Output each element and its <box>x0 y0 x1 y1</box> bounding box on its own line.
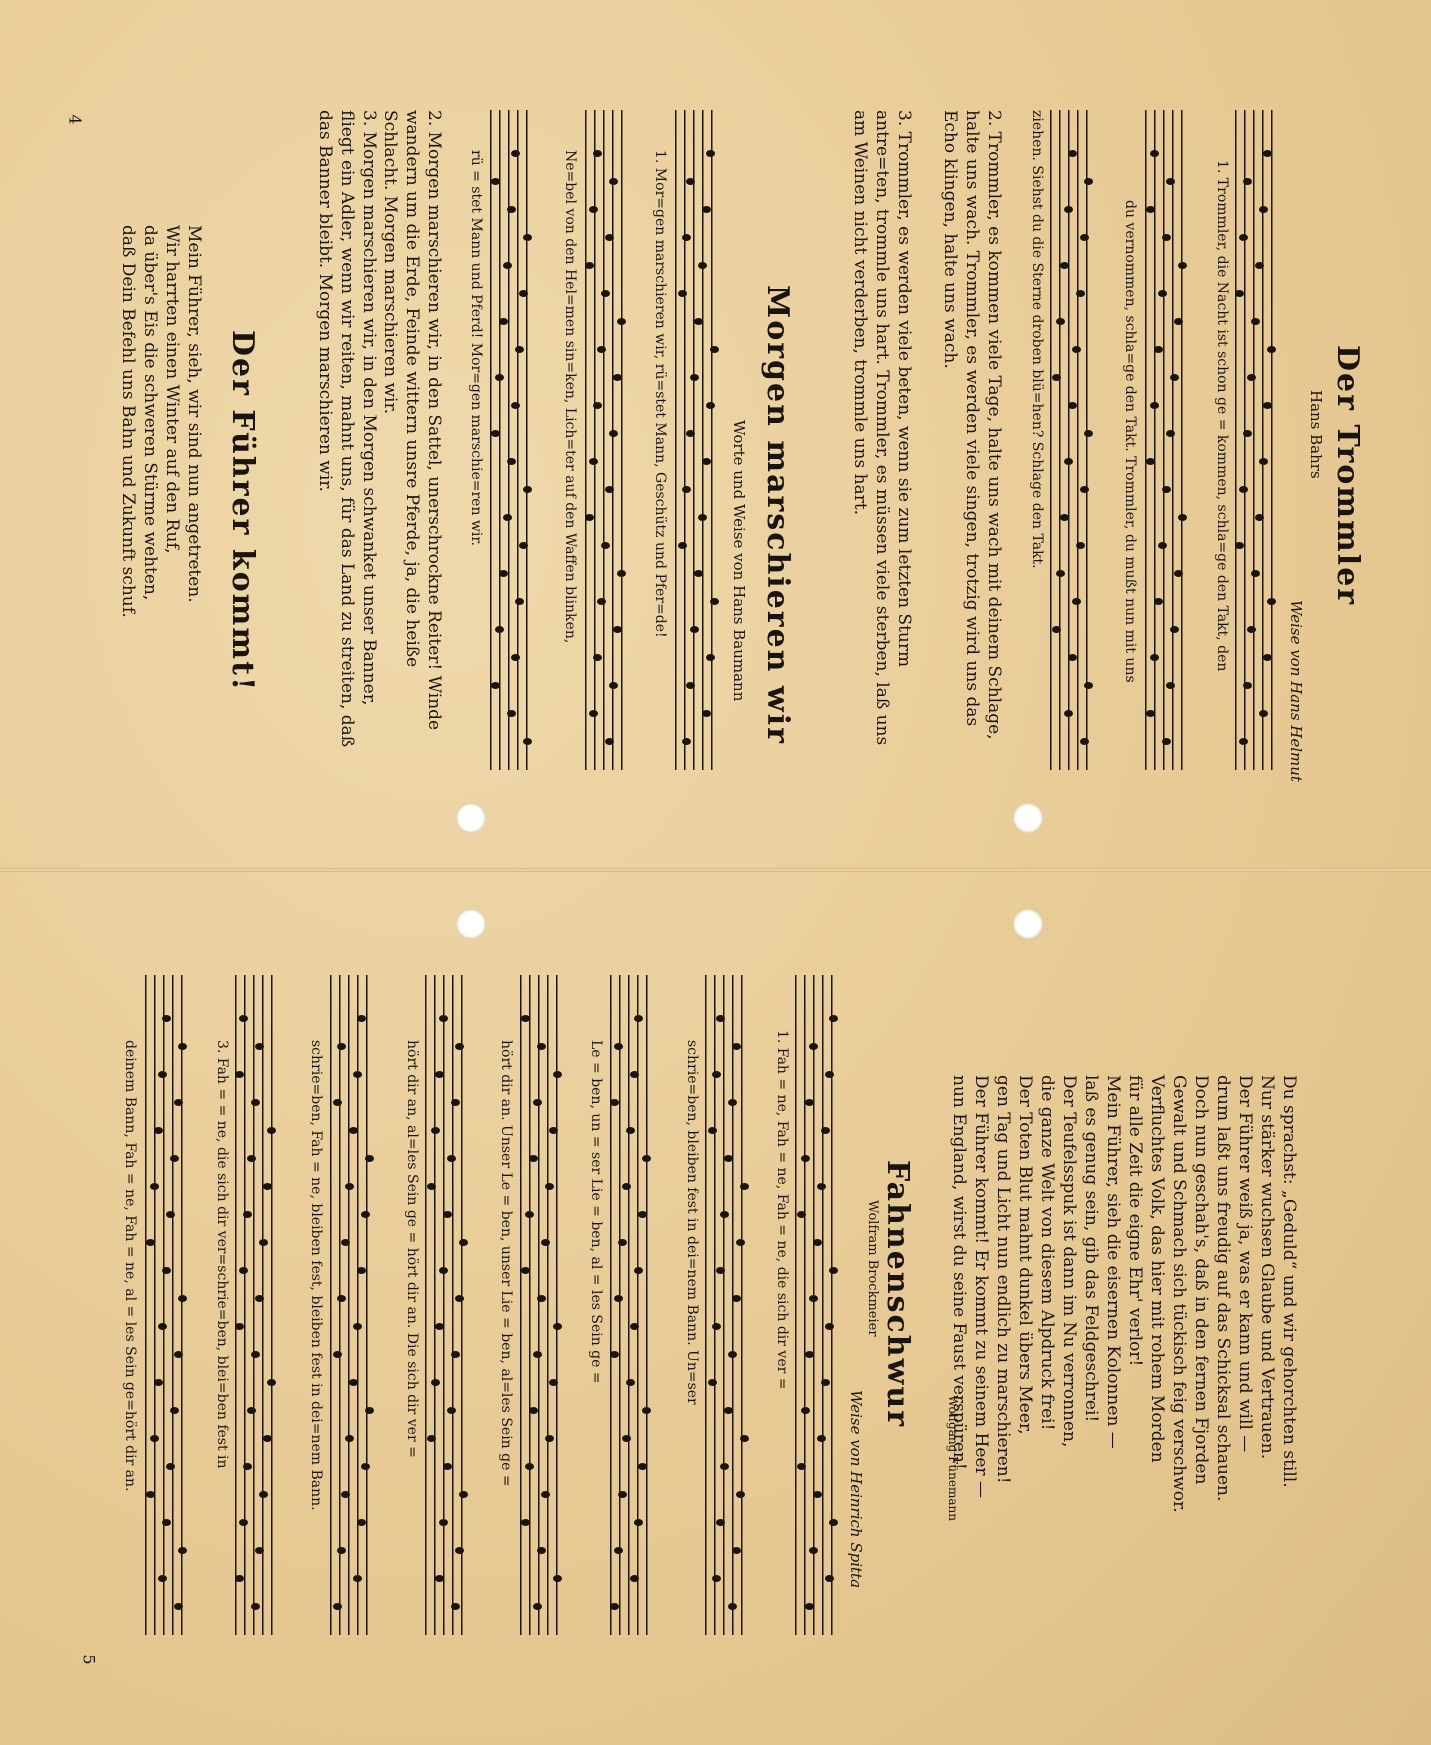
note-head <box>686 430 695 437</box>
note-head <box>801 1407 810 1414</box>
note-head <box>239 1519 248 1526</box>
lyric-line: 3. Fah = = ne, die sich dir ver=schrie=b… <box>214 1040 230 1469</box>
note-head <box>605 486 614 493</box>
note-head <box>732 1295 741 1302</box>
note-head <box>702 710 711 717</box>
note-head <box>491 430 500 437</box>
note-head <box>1235 542 1244 549</box>
music-staff <box>705 975 750 1635</box>
morgen-verse-2: 2. Morgen marschieren wir, in den Sattel… <box>379 110 445 750</box>
music-staff <box>1145 110 1190 770</box>
lyric-line: 1. Fah = ne, Fah = ne, Fah = ne, die sic… <box>774 1030 790 1389</box>
note-head <box>626 1127 635 1134</box>
note-head <box>447 1407 456 1414</box>
note-head <box>154 1379 163 1386</box>
note-head <box>529 1155 538 1162</box>
trommler-heading: Der Trommler <box>1330 345 1365 606</box>
note-head <box>1060 514 1069 521</box>
note-head <box>259 1491 268 1498</box>
note-head <box>678 290 687 297</box>
note-head <box>712 1071 721 1078</box>
note-head <box>431 1127 440 1134</box>
note-head <box>613 626 622 633</box>
note-head <box>1243 682 1252 689</box>
trommler-author: Hans Bahrs <box>1307 390 1325 479</box>
note-head <box>427 1435 436 1442</box>
note-head <box>533 1099 542 1106</box>
note-head <box>622 1183 631 1190</box>
note-head <box>533 1351 542 1358</box>
trommler-verse-2: 2. Trommler, es kommen viele Tage, halte… <box>939 110 1005 750</box>
note-head <box>1259 206 1268 213</box>
note-head <box>1068 150 1077 157</box>
morgen-author: Worte und Weise von Hans Baumann <box>730 420 748 701</box>
note-head <box>585 514 594 521</box>
note-head <box>686 178 695 185</box>
note-head <box>451 1099 460 1106</box>
note-head <box>1166 430 1175 437</box>
note-head <box>549 1127 558 1134</box>
note-head <box>333 1351 342 1358</box>
note-head <box>162 1015 171 1022</box>
note-head <box>605 738 614 745</box>
note-head <box>235 1071 244 1078</box>
note-head <box>511 654 520 661</box>
note-head <box>617 570 626 577</box>
note-head <box>491 178 500 185</box>
lyric-line: hört dir an. Unser Le = ben, unser Lie =… <box>498 1040 514 1487</box>
note-head <box>243 1463 252 1470</box>
note-head <box>1267 346 1276 353</box>
note-head <box>503 262 512 269</box>
note-head <box>495 374 504 381</box>
note-head <box>825 1323 834 1330</box>
music-staff <box>235 975 280 1635</box>
note-head <box>728 1351 737 1358</box>
note-head <box>150 1435 159 1442</box>
note-head <box>609 430 618 437</box>
note-head <box>263 1183 272 1190</box>
note-head <box>435 1575 444 1582</box>
note-head <box>174 1351 183 1358</box>
note-head <box>1080 234 1089 241</box>
note-head <box>158 1071 167 1078</box>
note-head <box>243 1211 252 1218</box>
note-head <box>1243 430 1252 437</box>
note-head <box>1064 710 1073 717</box>
note-head <box>617 318 626 325</box>
note-head <box>618 1239 627 1246</box>
note-head <box>333 1099 342 1106</box>
note-head <box>698 514 707 521</box>
page-number-right: 5 <box>80 1654 99 1664</box>
note-head <box>443 1463 452 1470</box>
note-head <box>690 626 699 633</box>
punch-hole <box>1013 909 1043 939</box>
note-head <box>610 1351 619 1358</box>
note-head <box>597 346 606 353</box>
note-head <box>613 374 622 381</box>
note-head <box>178 1043 187 1050</box>
note-head <box>519 290 528 297</box>
note-head <box>267 1379 276 1386</box>
note-head <box>511 150 520 157</box>
note-head <box>1080 738 1089 745</box>
note-head <box>710 346 719 353</box>
note-head <box>706 654 715 661</box>
note-head <box>712 1575 721 1582</box>
music-staff <box>1235 110 1280 770</box>
note-head <box>801 1155 810 1162</box>
note-head <box>361 1211 370 1218</box>
note-head <box>614 1043 623 1050</box>
note-head <box>333 1603 342 1610</box>
fahnenschwur-heading: Fahnenschwur <box>880 1160 915 1428</box>
note-head <box>251 1603 260 1610</box>
note-head <box>1263 150 1272 157</box>
note-head <box>1068 402 1077 409</box>
note-head <box>634 1015 643 1022</box>
note-head <box>609 682 618 689</box>
note-head <box>614 1547 623 1554</box>
note-head <box>337 1295 346 1302</box>
lyric-line: rü = stet Mann und Pferd! Mor=gen marsch… <box>468 150 484 546</box>
note-head <box>610 1099 619 1106</box>
note-head <box>357 1267 366 1274</box>
note-head <box>618 1491 627 1498</box>
note-head <box>235 1323 244 1330</box>
note-head <box>521 1015 530 1022</box>
note-head <box>1174 318 1183 325</box>
note-head <box>589 458 598 465</box>
lyric-line: schrie=ben, bleiben fest in dei=nem Bann… <box>684 1040 700 1405</box>
note-head <box>1064 458 1073 465</box>
note-head <box>345 1183 354 1190</box>
music-staff <box>425 975 470 1635</box>
note-head <box>1158 290 1167 297</box>
note-head <box>459 1491 468 1498</box>
note-head <box>829 1519 838 1526</box>
note-head <box>507 458 516 465</box>
note-head <box>1247 374 1256 381</box>
lyric-line: deinem Bann, Fah = ne, Fah = ne, al = le… <box>122 1040 138 1492</box>
note-head <box>541 1239 550 1246</box>
note-head <box>545 1435 554 1442</box>
note-head <box>817 1435 826 1442</box>
note-head <box>706 150 715 157</box>
note-head <box>1251 570 1260 577</box>
note-head <box>1150 654 1159 661</box>
note-head <box>708 1127 717 1134</box>
music-staff <box>795 975 840 1635</box>
note-head <box>503 514 512 521</box>
lyric-line: Le = ben, un = ser Lie = ben, al = les S… <box>588 1040 604 1384</box>
note-head <box>1146 458 1155 465</box>
note-head <box>1259 458 1268 465</box>
note-head <box>537 1547 546 1554</box>
note-head <box>1076 542 1085 549</box>
note-head <box>349 1379 358 1386</box>
note-head <box>341 1239 350 1246</box>
note-head <box>337 1043 346 1050</box>
morgen-verse-3: 3. Morgen marschieren wir, in den Morgen… <box>314 110 380 750</box>
note-head <box>805 1351 814 1358</box>
note-head <box>239 1267 248 1274</box>
note-head <box>523 738 532 745</box>
note-head <box>267 1127 276 1134</box>
music-staff <box>585 110 630 770</box>
note-head <box>349 1127 358 1134</box>
note-head <box>1056 570 1065 577</box>
note-head <box>1072 346 1081 353</box>
music-staff <box>145 975 190 1635</box>
note-head <box>720 1463 729 1470</box>
note-head <box>642 1407 651 1414</box>
note-head <box>797 1211 806 1218</box>
note-head <box>443 1211 452 1218</box>
note-head <box>1239 738 1248 745</box>
note-head <box>609 178 618 185</box>
note-head <box>1239 234 1248 241</box>
note-head <box>523 234 532 241</box>
note-head <box>805 1099 814 1106</box>
center-fold <box>0 868 1431 872</box>
note-head <box>1251 318 1260 325</box>
note-head <box>1255 514 1264 521</box>
note-head <box>178 1295 187 1302</box>
punch-hole <box>456 909 486 939</box>
note-head <box>247 1155 256 1162</box>
note-head <box>1080 486 1089 493</box>
note-head <box>521 1519 530 1526</box>
fahnenschwur-composer: Weise von Heinrich Spitta <box>847 1390 865 1588</box>
note-head <box>439 1015 448 1022</box>
note-head <box>1162 738 1171 745</box>
punch-hole <box>1013 803 1043 833</box>
note-head <box>353 1323 362 1330</box>
note-head <box>345 1435 354 1442</box>
note-head <box>507 710 516 717</box>
note-head <box>365 1155 374 1162</box>
note-head <box>736 1491 745 1498</box>
note-head <box>353 1575 362 1582</box>
note-head <box>634 1519 643 1526</box>
music-staff <box>1050 110 1095 770</box>
note-head <box>553 1071 562 1078</box>
note-head <box>1162 234 1171 241</box>
lyric-line: 1. Trommler, die Nacht ist schon ge = ko… <box>1214 160 1230 671</box>
music-staff <box>330 975 375 1635</box>
note-head <box>146 1491 155 1498</box>
note-head <box>1166 682 1175 689</box>
note-head <box>690 374 699 381</box>
fahnenschwur-author: Wolfram Brockmeier <box>865 1200 880 1337</box>
note-head <box>263 1435 272 1442</box>
note-head <box>813 1491 822 1498</box>
note-head <box>597 598 606 605</box>
note-head <box>1174 570 1183 577</box>
note-head <box>1084 430 1093 437</box>
note-head <box>821 1379 830 1386</box>
note-head <box>162 1519 171 1526</box>
fuehrer-author: Wolfgang Fünemann <box>946 1395 960 1521</box>
note-head <box>357 1519 366 1526</box>
note-head <box>459 1239 468 1246</box>
note-head <box>511 402 520 409</box>
note-head <box>499 570 508 577</box>
note-head <box>585 262 594 269</box>
note-head <box>702 206 711 213</box>
note-head <box>537 1295 546 1302</box>
note-head <box>431 1379 440 1386</box>
note-head <box>638 1463 647 1470</box>
note-head <box>166 1211 175 1218</box>
music-staff <box>675 110 720 770</box>
note-head <box>1170 374 1179 381</box>
note-head <box>813 1239 822 1246</box>
note-head <box>821 1127 830 1134</box>
note-head <box>1178 262 1187 269</box>
note-head <box>247 1407 256 1414</box>
note-head <box>686 682 695 689</box>
lyric-line: schrie=ben, Fah = ne, bleiben fest, blei… <box>308 1040 324 1511</box>
note-head <box>1154 598 1163 605</box>
music-staff <box>490 110 535 770</box>
note-head <box>593 654 602 661</box>
page-number-left: 4 <box>66 114 85 124</box>
note-head <box>626 1379 635 1386</box>
note-head <box>529 1407 538 1414</box>
note-head <box>736 1239 745 1246</box>
note-head <box>553 1575 562 1582</box>
note-head <box>706 402 715 409</box>
note-head <box>255 1547 264 1554</box>
note-head <box>593 402 602 409</box>
note-head <box>708 1379 717 1386</box>
note-head <box>829 1267 838 1274</box>
note-head <box>605 234 614 241</box>
song-title: Der Trommler <box>1330 345 1365 606</box>
note-head <box>601 290 610 297</box>
note-head <box>1235 290 1244 297</box>
note-head <box>455 1043 464 1050</box>
note-head <box>593 150 602 157</box>
note-head <box>353 1071 362 1078</box>
note-head <box>178 1547 187 1554</box>
morgen-heading: Morgen marschieren wir <box>760 285 795 745</box>
note-head <box>1060 262 1069 269</box>
note-head <box>361 1463 370 1470</box>
note-head <box>1166 178 1175 185</box>
note-head <box>710 598 719 605</box>
note-head <box>1064 206 1073 213</box>
note-head <box>1072 598 1081 605</box>
note-head <box>1076 290 1085 297</box>
note-head <box>162 1267 171 1274</box>
note-head <box>170 1155 179 1162</box>
note-head <box>1084 682 1093 689</box>
note-head <box>533 1603 542 1610</box>
note-head <box>716 1267 725 1274</box>
note-head <box>1084 178 1093 185</box>
note-head <box>829 1015 838 1022</box>
lyric-line: ziehen. Siehst du die Sterne droben blü=… <box>1029 110 1045 569</box>
note-head <box>1255 262 1264 269</box>
note-head <box>724 1155 733 1162</box>
note-head <box>825 1575 834 1582</box>
note-head <box>251 1351 260 1358</box>
note-head <box>1146 206 1155 213</box>
note-head <box>740 1183 749 1190</box>
note-head <box>1267 598 1276 605</box>
note-head <box>630 1575 639 1582</box>
note-head <box>682 234 691 241</box>
note-head <box>170 1407 179 1414</box>
note-head <box>622 1435 631 1442</box>
note-head <box>515 346 524 353</box>
note-head <box>541 1491 550 1498</box>
note-head <box>642 1155 651 1162</box>
note-head <box>1263 654 1272 661</box>
note-head <box>525 1463 534 1470</box>
note-head <box>601 542 610 549</box>
note-head <box>1052 626 1061 633</box>
note-head <box>341 1491 350 1498</box>
note-head <box>357 1015 366 1022</box>
note-head <box>251 1099 260 1106</box>
note-head <box>1052 374 1061 381</box>
note-head <box>682 486 691 493</box>
note-head <box>809 1547 818 1554</box>
note-head <box>1154 346 1163 353</box>
note-head <box>499 318 508 325</box>
lyric-line: hört dir an, al=les Sein ge = hört dir a… <box>404 1040 420 1458</box>
lyric-line: 1. Mor=gen marschieren wir, rü=stet Mann… <box>652 150 668 638</box>
lyric-line: du vernommen, schla=ge den Takt. Trommle… <box>1122 200 1138 683</box>
note-head <box>589 206 598 213</box>
note-head <box>1162 486 1171 493</box>
note-head <box>630 1323 639 1330</box>
note-head <box>698 262 707 269</box>
note-head <box>1243 178 1252 185</box>
note-head <box>1146 710 1155 717</box>
note-head <box>728 1603 737 1610</box>
note-head <box>158 1323 167 1330</box>
note-head <box>451 1603 460 1610</box>
note-head <box>455 1547 464 1554</box>
note-head <box>427 1183 436 1190</box>
note-head <box>1158 542 1167 549</box>
note-head <box>447 1155 456 1162</box>
trommler-composer: Weise von Hans Helmut <box>1287 600 1305 782</box>
music-staff <box>610 975 655 1635</box>
note-head <box>545 1183 554 1190</box>
note-head <box>365 1407 374 1414</box>
note-head <box>553 1323 562 1330</box>
note-head <box>515 598 524 605</box>
note-head <box>451 1351 460 1358</box>
note-head <box>712 1323 721 1330</box>
note-head <box>158 1575 167 1582</box>
note-head <box>630 1071 639 1078</box>
note-head <box>732 1547 741 1554</box>
music-staff <box>520 975 565 1635</box>
note-head <box>614 1295 623 1302</box>
note-head <box>174 1099 183 1106</box>
note-head <box>1247 626 1256 633</box>
note-head <box>537 1043 546 1050</box>
note-head <box>702 458 711 465</box>
